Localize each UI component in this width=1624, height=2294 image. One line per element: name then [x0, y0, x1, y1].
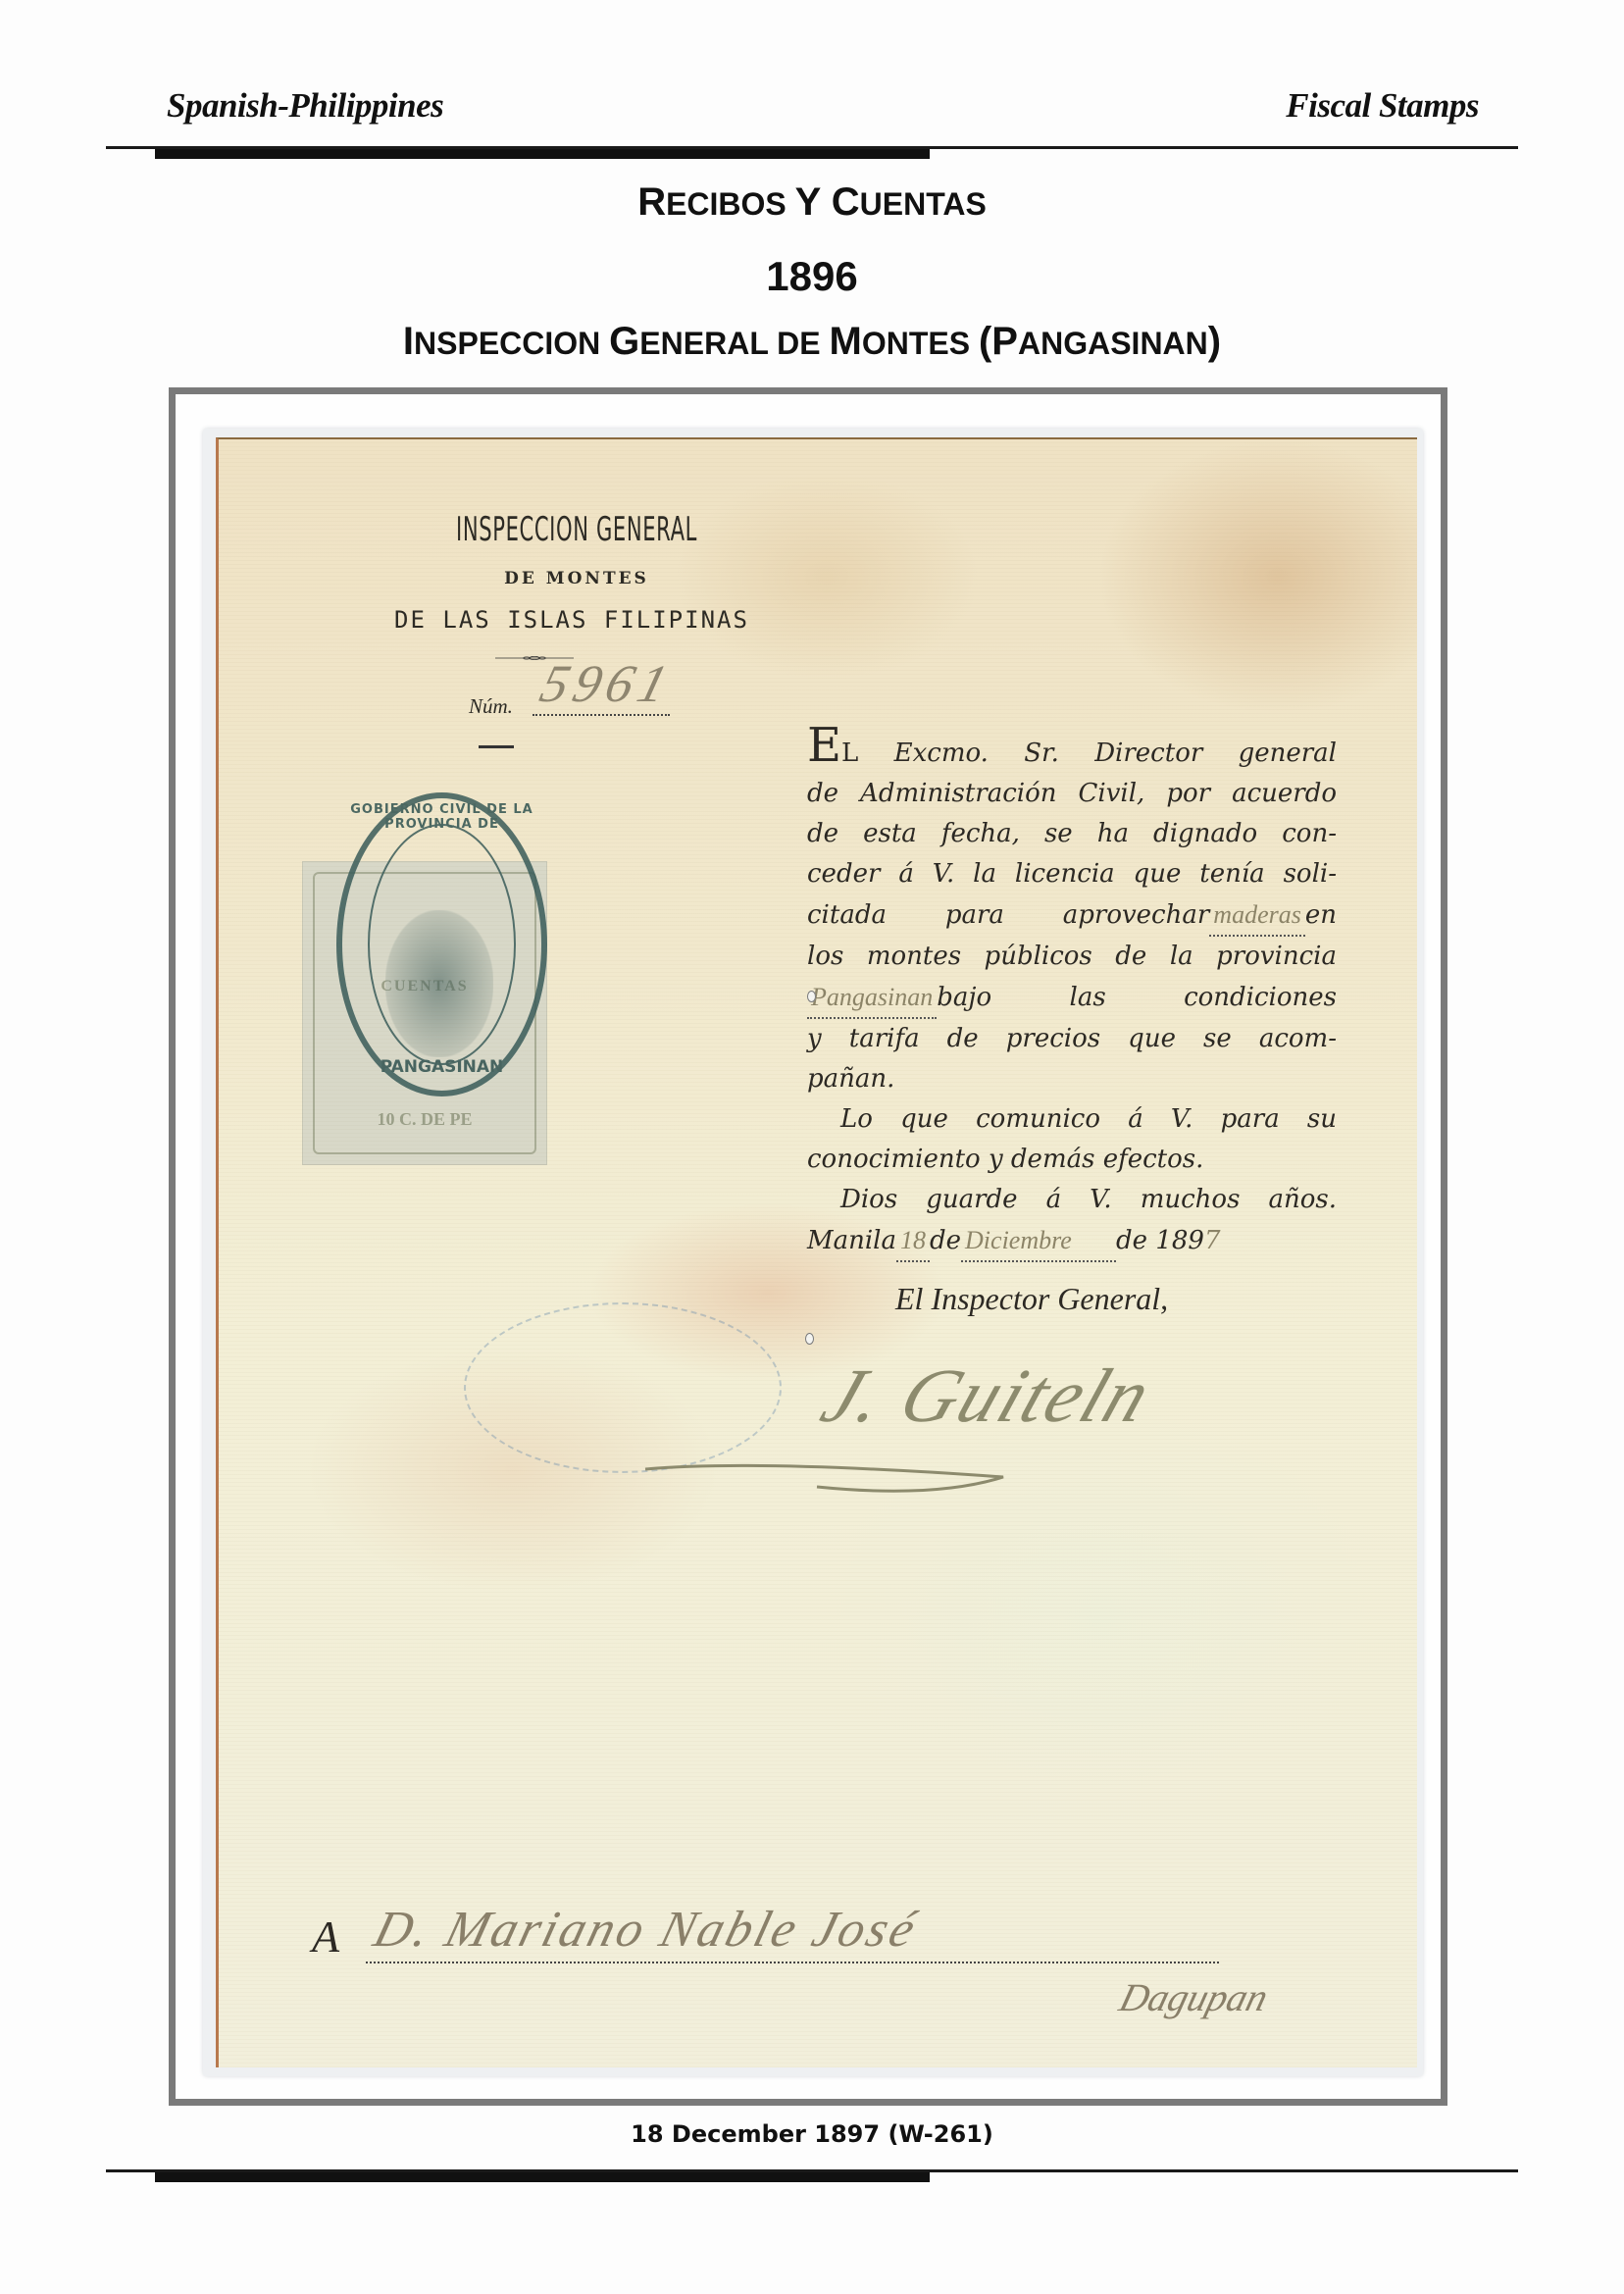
page-year: 1896 — [0, 253, 1624, 300]
document-sheet: INSPECCION GENERAL DE MONTES DE LAS ISLA… — [216, 437, 1417, 2067]
page-caption: 18 December 1897 (W-261) — [0, 2120, 1624, 2148]
body-line: EL Excmo. Sr. Director general — [807, 734, 1337, 774]
date-line: Manila18deDiciembrede 1897 — [807, 1220, 1337, 1262]
header-rule-thick — [155, 149, 930, 159]
number-label: Núm. — [469, 694, 513, 719]
number-value-handwritten: 5961 — [534, 653, 681, 714]
body-line: Lo que comunico á V. para su — [807, 1099, 1337, 1140]
addressee-place: Dagupan — [1115, 1974, 1273, 2020]
body-line: Pangasinanbajo las condiciones — [807, 977, 1337, 1019]
address-prefix: A — [312, 1911, 339, 1963]
letterhead-line3: DE LAS ISLAS FILIPINAS — [278, 606, 866, 634]
page-header-right: Fiscal Stamps — [1286, 86, 1479, 126]
closing-line: Dios guarde á V. muchos años. — [807, 1180, 1337, 1220]
signatory-title: El Inspector General, — [895, 1281, 1168, 1317]
body-line: pañan. — [807, 1059, 1337, 1099]
page-header-left: Spanish-Philippines — [167, 86, 443, 126]
body-line: citada para aprovecharmaderasen — [807, 894, 1337, 937]
body-line: de Administración Civil, por acuerdo — [807, 774, 1337, 814]
cancel-top-text: GOBIERNO CIVIL DE LA PROVINCIA DE — [342, 802, 541, 832]
footer-rule-thick — [155, 2172, 930, 2182]
letterhead-line1: INSPECCION GENERAL — [436, 510, 716, 549]
body-line: conocimiento y demás efectos. — [807, 1140, 1337, 1180]
handwritten-resource: maderas — [1209, 894, 1305, 937]
punch-hole — [805, 1333, 814, 1345]
oval-cancel-handstamp: GOBIERNO CIVIL DE LA PROVINCIA DE PANGAS… — [336, 792, 547, 1096]
body-line: y tarifa de precios que se acom- — [807, 1019, 1337, 1059]
punch-hole — [807, 991, 816, 1002]
body-line: de esta fecha, se ha dignado con- — [807, 814, 1337, 854]
address-dotted-line — [366, 1962, 1219, 1963]
page-subtitle: INSPECCION GENERAL DE MONTES (PANGASINAN… — [0, 320, 1624, 364]
letterhead-dash — [479, 745, 514, 748]
letterhead-line2: DE MONTES — [415, 569, 738, 588]
addressee-name: D. Mariano Nable José — [368, 1901, 924, 1959]
number-dotted-line — [533, 714, 670, 716]
handwritten-province: Pangasinan — [807, 977, 937, 1019]
signature-flourish-icon — [640, 1440, 1013, 1499]
stamp-value-text: 10 C. DE PE — [303, 1109, 546, 1130]
body-line: los montes públicos de la provincia — [807, 937, 1337, 977]
signature: J. Guiteln — [811, 1351, 1164, 1440]
body-line: ceder á V. la licencia que tenía soli- — [807, 854, 1337, 894]
page-title: RECIBOS Y CUENTAS — [0, 180, 1624, 225]
letter-body: EL Excmo. Sr. Director general de Admini… — [807, 734, 1337, 1262]
cancel-bottom-text: PANGASINAN — [342, 1057, 541, 1077]
